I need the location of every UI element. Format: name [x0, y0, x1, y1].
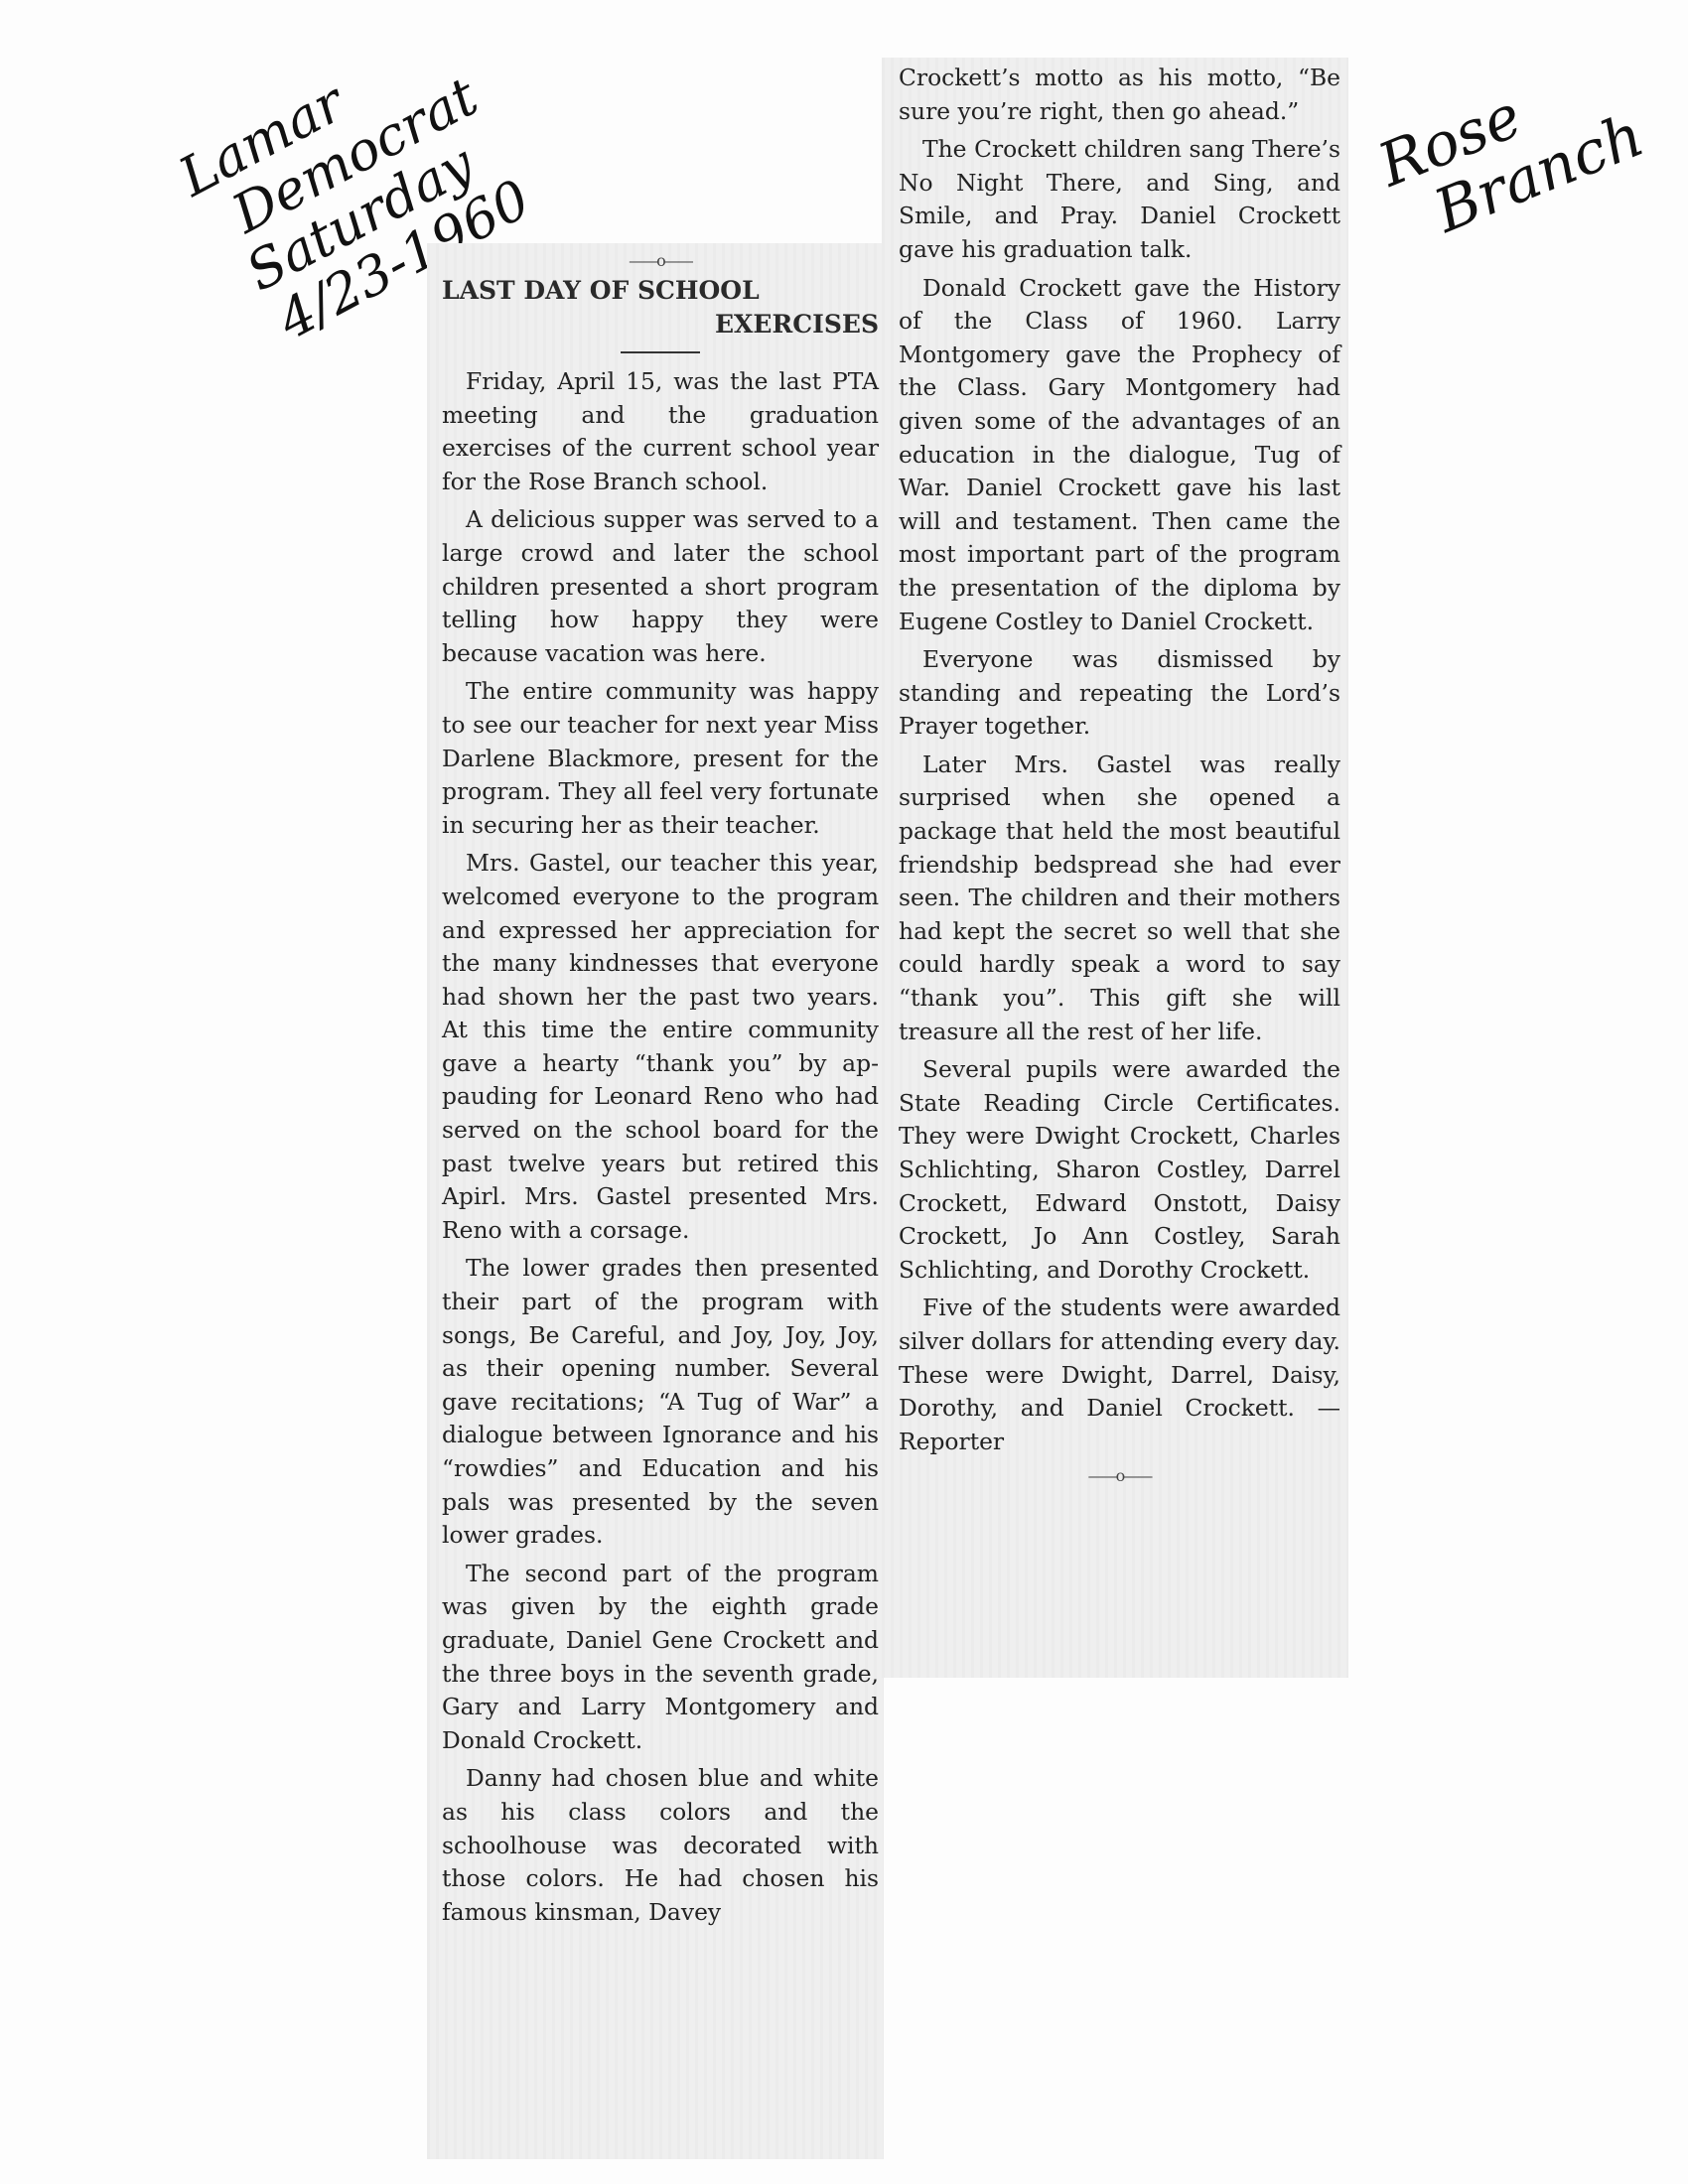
headline-rule — [621, 351, 700, 353]
paragraph: The second part of the pro­gram was give… — [442, 1558, 879, 1758]
paragraph: The lower grades then pre­sented their p… — [442, 1252, 879, 1552]
paragraph: Later Mrs. Gastel was really surprised w… — [899, 749, 1340, 1048]
top-divider: ——o—— — [442, 248, 879, 274]
paragraph: Five of the students were a­warded silve… — [899, 1292, 1340, 1458]
headline-line-1: LAST DAY OF SCHOOL — [442, 274, 879, 308]
headline: LAST DAY OF SCHOOL EXERCISES — [442, 274, 879, 341]
paragraph: Several pupils were award­ed the State R… — [899, 1053, 1340, 1287]
paragraph: Everyone was dismissed by standing and r… — [899, 643, 1340, 744]
paragraph: The Crockett children sang There’s No Ni… — [899, 133, 1340, 266]
paragraph: A delicious supper was serv­ed to a larg… — [442, 503, 879, 670]
article-column-1: ——o—— LAST DAY OF SCHOOL EXERCISES Frida… — [442, 248, 879, 1934]
paragraph: Mrs. Gastel, our teacher this year, welc… — [442, 847, 879, 1247]
handwritten-location-note: Rose Branch — [1370, 45, 1652, 257]
paragraph: Donald Crockett gave the His­tory of the… — [899, 272, 1340, 639]
paragraph: The entire community was happy to see ou… — [442, 675, 879, 842]
bottom-divider: ——o—— — [899, 1463, 1340, 1489]
paragraph: Danny had chosen blue and white as his c… — [442, 1762, 879, 1929]
paragraph: Friday, April 15, was the last PTA meeti… — [442, 365, 879, 498]
paragraph-continuation: Crockett’s motto as his motto, “Be sure … — [899, 62, 1340, 128]
article-column-2: Crockett’s motto as his motto, “Be sure … — [899, 62, 1340, 1489]
headline-line-2: EXERCISES — [442, 308, 879, 341]
